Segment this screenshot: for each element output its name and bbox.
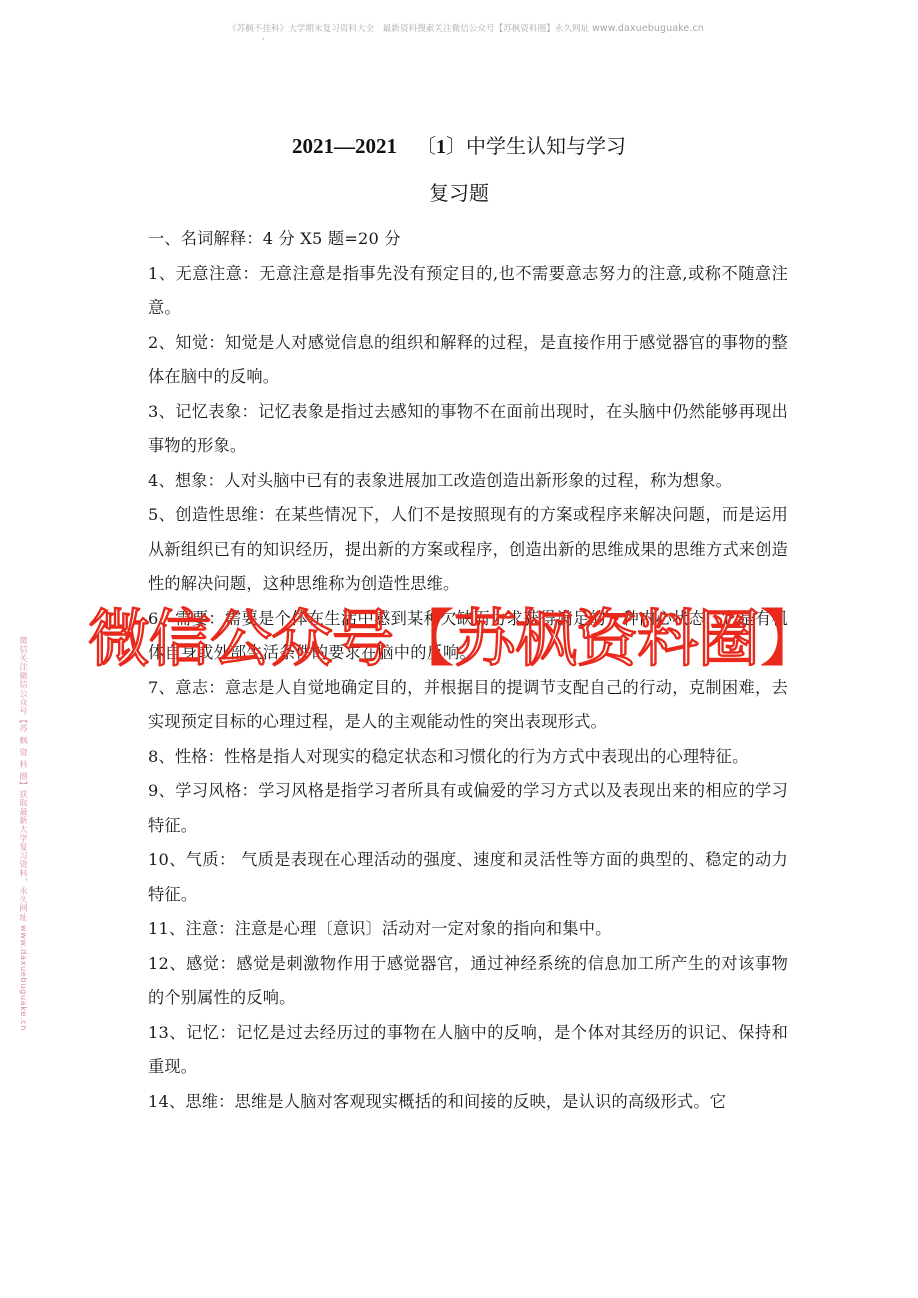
header-banner-text: 《苏枫不挂科》大学期末复习资料大全 最新资料搜索关注微信公众号【苏枫资料圈】永久…: [228, 24, 589, 34]
item-number: 10、: [148, 850, 186, 869]
item-definition: 记忆是过去经历过的事物在人脑中的反响，是个体对其经历的识记、保持和重现。: [148, 1023, 788, 1077]
header-banner-watermark: 《苏枫不挂科》大学期末复习资料大全 最新资料搜索关注微信公众号【苏枫资料圈】永久…: [228, 22, 708, 34]
item-definition: 意志是人自觉地确定目的，并根据目的提调节支配自己的行动，克制困难，去实现预定目标…: [148, 678, 788, 732]
side-vertical-watermark: 微信关注微信公众号【苏 枫 资 料 圈】获取最新大学复习资料，永久网址 www.…: [18, 636, 30, 1031]
item-definition: 性格是指人对现实的稳定状态和习惯化的行为方式中表现出的心理特征。: [224, 747, 748, 766]
document-title: 2021—2021 〔1〕中学生认知与学习: [0, 131, 918, 162]
definition-item: 3、记忆表象：记忆表象是指过去感知的事物不在面前出现时，在头脑中仍然能够再现出事…: [148, 395, 788, 464]
item-term: 思维：: [185, 1092, 234, 1111]
definition-item: 8、性格：性格是指人对现实的稳定状态和习惯化的行为方式中表现出的心理特征。: [148, 740, 788, 775]
item-term: 记忆：: [186, 1023, 236, 1042]
title-term: 〔1〕: [416, 136, 466, 158]
item-number: 14、: [148, 1092, 185, 1111]
title-course-name: 中学生认知与学习: [466, 134, 626, 158]
item-number: 1、: [148, 264, 176, 283]
item-definition: 感觉是刺激物作用于感觉器官，通过神经系统的信息加工所产生的对该事物的个别属性的反…: [148, 954, 788, 1008]
definition-item: 7、意志：意志是人自觉地确定目的，并根据目的提调节支配自己的行动，克制困难，去实…: [148, 671, 788, 740]
item-term: 创造性思维：: [175, 505, 274, 524]
term-close-bracket: 〕: [446, 136, 466, 158]
item-number: 11、: [148, 919, 185, 938]
item-term: 知觉：: [175, 333, 225, 352]
definition-item: 6、需要：需要是个体在生活中感到某种欠缺而力求获得满足的一种内心状态，它是有机体…: [148, 602, 788, 671]
item-definition: 知觉是人对感觉信息的组织和解释的过程，是直接作用于感觉器官的事物的整体在脑中的反…: [148, 333, 788, 387]
item-definition: 气质是表现在心理活动的强度、速度和灵活性等方面的典型的、稳定的动力特征。: [148, 850, 788, 904]
item-definition: 人对头脑中已有的表象进展加工改造创造出新形象的过程，称为想象。: [224, 471, 732, 490]
term-open-bracket: 〔: [416, 136, 436, 158]
item-term: 性格：: [175, 747, 224, 766]
item-term: 气质：: [186, 850, 236, 869]
definition-item: 14、思维：思维是人脑对客观现实概括的和间接的反映，是认识的高级形式。它: [148, 1085, 788, 1120]
item-number: 2、: [148, 333, 175, 352]
definition-item: 10、气质： 气质是表现在心理活动的强度、速度和灵活性等方面的典型的、稳定的动力…: [148, 843, 788, 912]
document-subtitle: 复习题: [0, 178, 918, 208]
item-number: 5、: [148, 505, 175, 524]
item-term: 注意：: [185, 919, 234, 938]
definition-item: 2、知觉：知觉是人对感觉信息的组织和解释的过程，是直接作用于感觉器官的事物的整体…: [148, 326, 788, 395]
definition-item: 12、感觉：感觉是刺激物作用于感觉器官，通过神经系统的信息加工所产生的对该事物的…: [148, 947, 788, 1016]
item-number: 9、: [148, 781, 175, 800]
header-tick-mark: ,: [262, 32, 265, 41]
definition-list: 1、无意注意：无意注意是指事先没有预定目的,也不需要意志努力的注意,或称不随意注…: [148, 257, 788, 1120]
item-number: 12、: [148, 954, 186, 973]
title-year-range: 2021—2021: [292, 134, 397, 158]
item-term: 想象：: [175, 471, 224, 490]
item-number: 8、: [148, 747, 175, 766]
item-number: 6、: [148, 609, 175, 628]
term-number: 1: [436, 136, 446, 158]
document-body: 一、名词解释：4 分 X5 题=20 分 1、无意注意：无意注意是指事先没有预定…: [148, 222, 788, 1119]
definition-item: 5、创造性思维：在某些情况下，人们不是按照现有的方案或程序来解决问题，而是运用从…: [148, 498, 788, 602]
definition-item: 4、想象：人对头脑中已有的表象进展加工改造创造出新形象的过程，称为想象。: [148, 464, 788, 499]
item-term: 意志：: [175, 678, 225, 697]
definition-item: 1、无意注意：无意注意是指事先没有预定目的,也不需要意志努力的注意,或称不随意注…: [148, 257, 788, 326]
item-term: 学习风格：: [175, 781, 258, 800]
item-definition: 思维是人脑对客观现实概括的和间接的反映，是认识的高级形式。它: [235, 1092, 727, 1111]
item-term: 无意注意：: [176, 264, 260, 283]
item-number: 4、: [148, 471, 175, 490]
item-term: 记忆表象：: [175, 402, 258, 421]
item-term: 需要：: [175, 609, 225, 628]
item-number: 7、: [148, 678, 175, 697]
item-number: 3、: [148, 402, 175, 421]
item-number: 13、: [148, 1023, 186, 1042]
definition-item: 13、记忆：记忆是过去经历过的事物在人脑中的反响，是个体对其经历的识记、保持和重…: [148, 1016, 788, 1085]
header-banner-url: www.daxuebuguake.cn: [592, 23, 704, 34]
definition-item: 9、学习风格：学习风格是指学习者所具有或偏爱的学习方式以及表现出来的相应的学习特…: [148, 774, 788, 843]
section-heading: 一、名词解释：4 分 X5 题=20 分: [148, 222, 788, 257]
definition-item: 11、注意：注意是心理〔意识〕活动对一定对象的指向和集中。: [148, 912, 788, 947]
item-definition: 注意是心理〔意识〕活动对一定对象的指向和集中。: [235, 919, 612, 938]
item-term: 感觉：: [186, 954, 236, 973]
item-definition: 需要是个体在生活中感到某种欠缺而力求获得满足的一种内心状态，它是有机体自身或外部…: [148, 609, 788, 663]
